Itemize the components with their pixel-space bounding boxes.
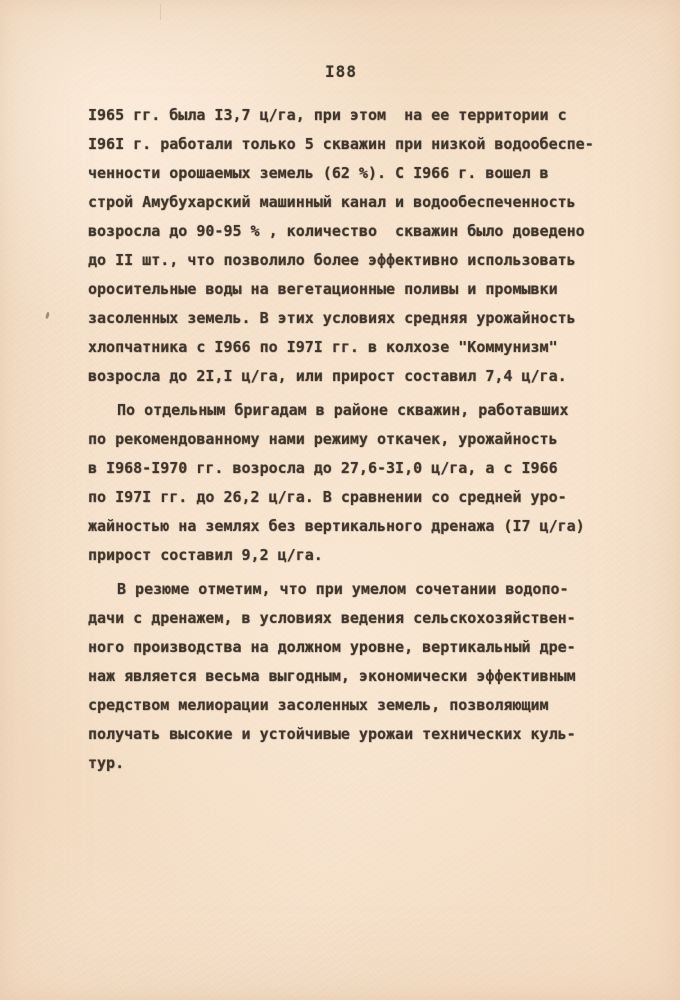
text-line: I96I г. работали только 5 скважин при ни…	[88, 130, 648, 159]
text-line: ного производства на должном уровне, вер…	[88, 633, 648, 662]
text-line: средством мелиорации засоленных земель, …	[88, 691, 648, 720]
text-line: ченности орошаемых земель (62 %). С I966…	[88, 159, 648, 188]
text-line: получать высокие и устойчивые урожаи тех…	[88, 720, 648, 749]
scan-artifact-line	[160, 4, 161, 20]
text-line: по рекомендованному нами режиму откачек,…	[88, 425, 648, 454]
paper-speck	[45, 312, 50, 320]
text-line: возросла до 90-95 % , количество скважин…	[88, 217, 648, 246]
text-line: засоленных земель. В этих условиях средн…	[88, 304, 648, 333]
text-line: По отдельным бригадам в районе скважин, …	[88, 396, 648, 425]
text-line: по I97I гг. до 26,2 ц/га. В сравнении со…	[88, 483, 648, 512]
text-line: в I968-I970 гг. возросла до 27,6-3I,0 ц/…	[88, 454, 648, 483]
body-text: I965 гг. была I3,7 ц/га, при этом на ее …	[88, 101, 648, 778]
text-line: жайностью на землях без вертикального др…	[88, 512, 648, 541]
page-number: I88	[88, 62, 594, 81]
text-line: строй Амубухарский машинный канал и водо…	[88, 188, 648, 217]
text-line: оросительные воды на вегетационные полив…	[88, 275, 648, 304]
text-line: хлопчатника с I966 по I97I гг. в колхозе…	[88, 333, 648, 362]
text-line: I965 гг. была I3,7 ц/га, при этом на ее …	[88, 101, 648, 130]
text-line: до II шт., что позволило более эффективн…	[88, 246, 648, 275]
text-line: дачи с дренажем, в условиях ведения сель…	[88, 604, 648, 633]
paragraph: По отдельным бригадам в районе скважин, …	[88, 396, 648, 570]
text-line: В резюме отметим, что при умелом сочетан…	[88, 575, 648, 604]
text-line: тур.	[88, 749, 648, 778]
scanned-document-page: I88 I965 гг. была I3,7 ц/га, при этом на…	[0, 0, 680, 1000]
text-line: прирост составил 9,2 ц/га.	[88, 541, 648, 570]
text-line: возросла до 2I,I ц/га, или прирост соста…	[88, 362, 648, 391]
paragraph: В резюме отметим, что при умелом сочетан…	[88, 575, 648, 778]
text-line: наж является весьма выгодным, экономичес…	[88, 662, 648, 691]
paragraph: I965 гг. была I3,7 ц/га, при этом на ее …	[88, 101, 648, 391]
